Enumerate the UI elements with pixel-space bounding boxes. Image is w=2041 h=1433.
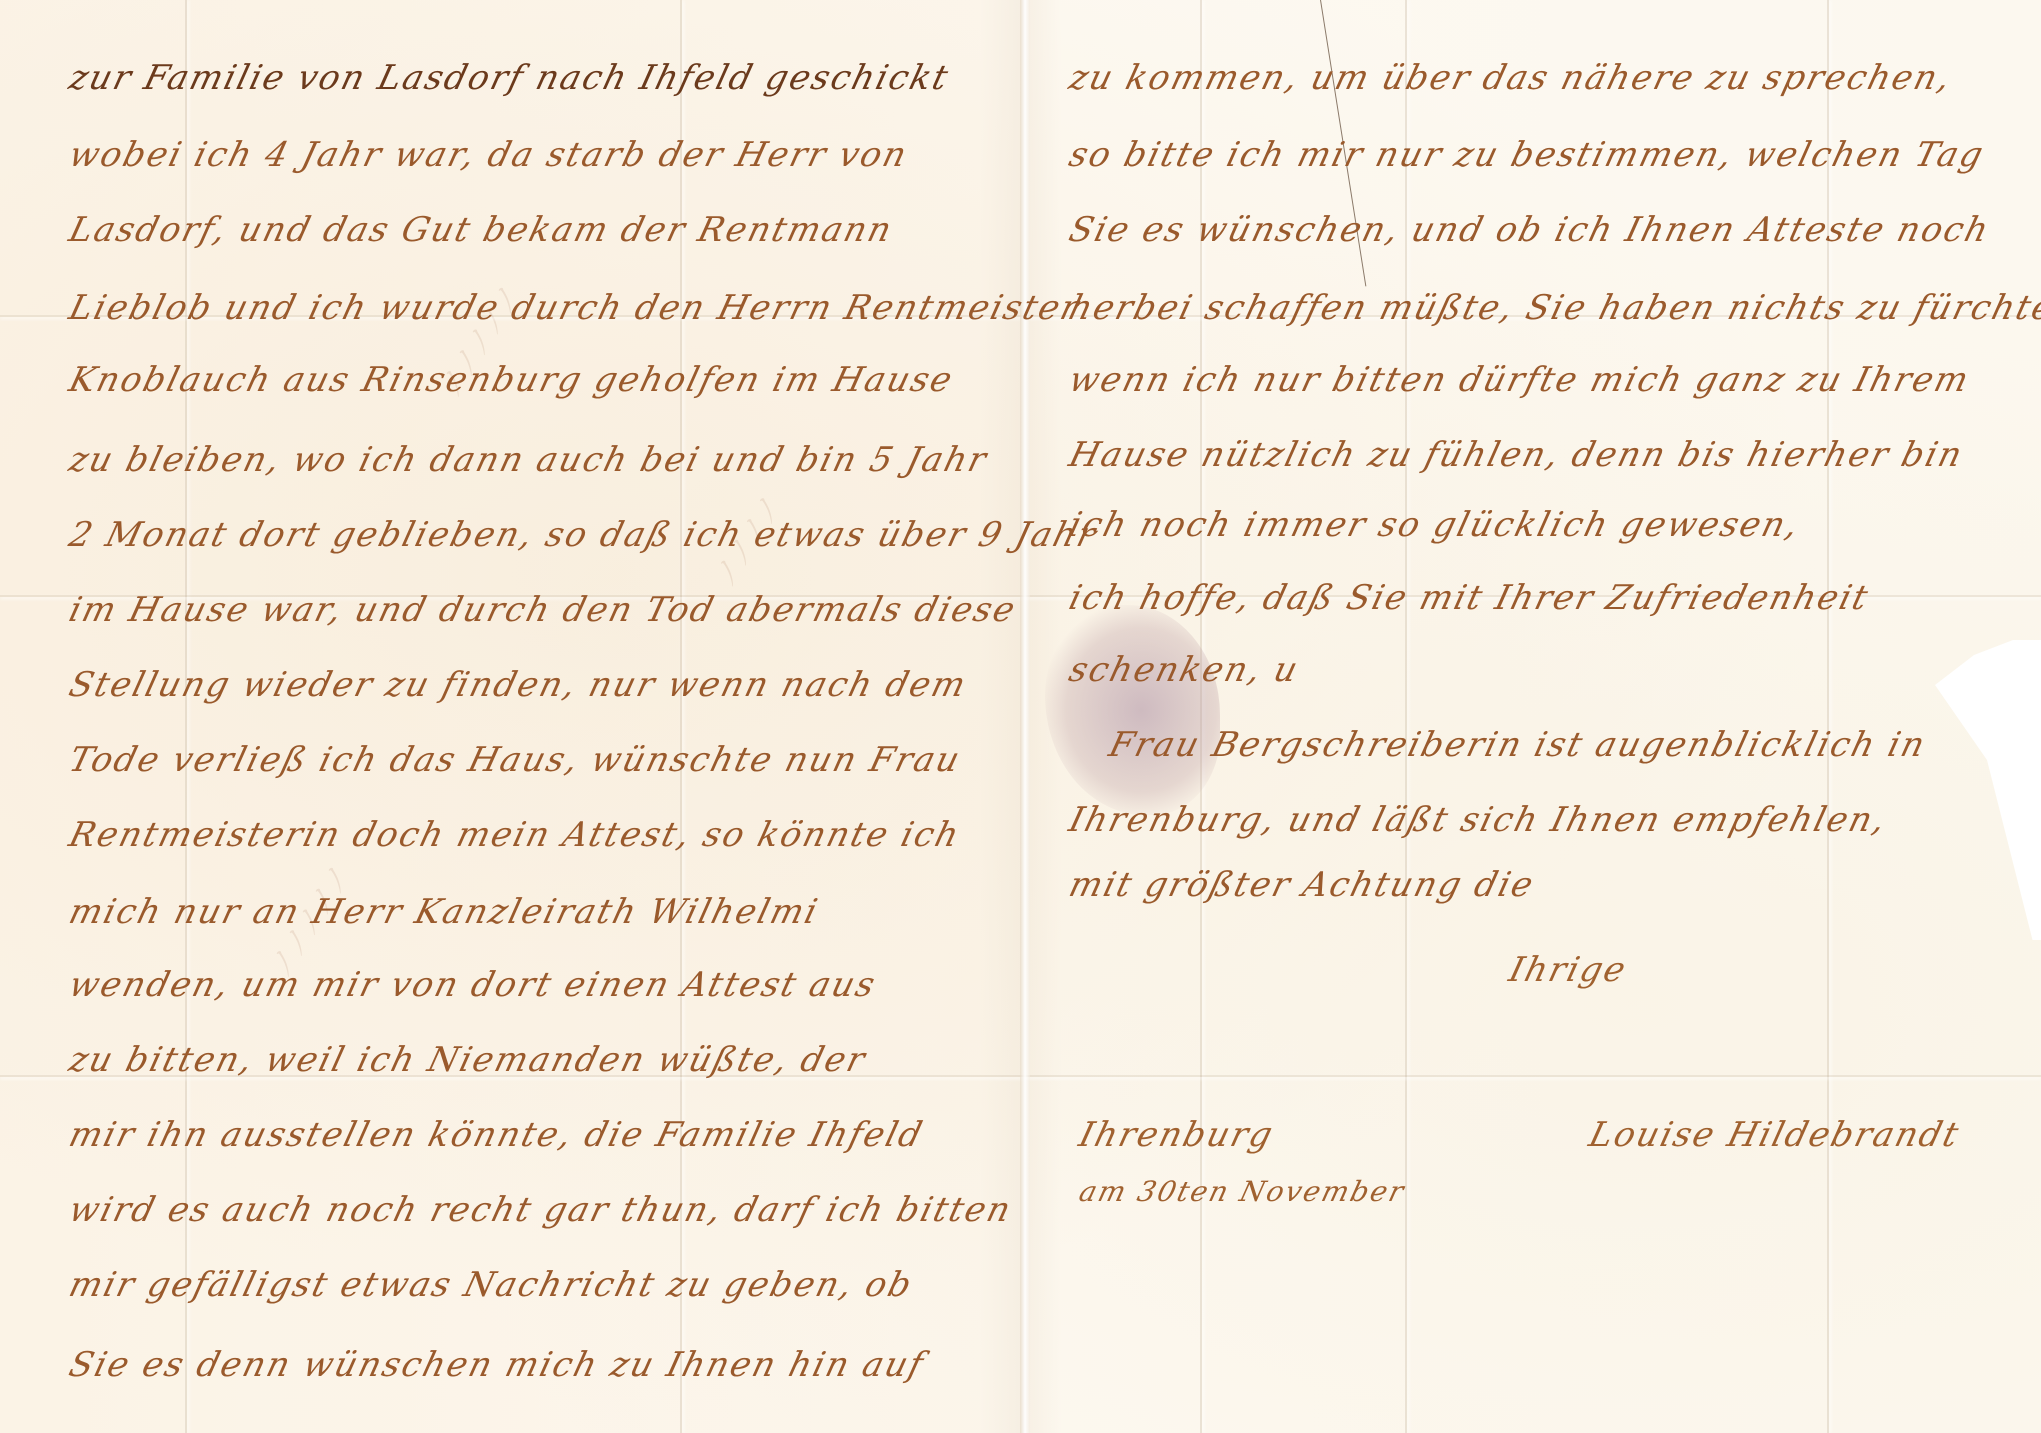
letter-line: mir ihn ausstellen könnte, die Familie I… — [65, 1115, 928, 1155]
letter-date: am 30ten November — [1076, 1175, 1409, 1208]
letter-line: Sie es denn wünschen mich zu Ihnen hin a… — [65, 1345, 929, 1385]
letter-line: wenn ich nur bitten dürfte mich ganz zu … — [1065, 360, 1974, 400]
letter-line: Lieblob und ich wurde durch den Herrn Re… — [65, 288, 1084, 328]
letter-place: Ihrenburg — [1075, 1115, 1278, 1155]
letter-line: so bitte ich mir nur zu bestimmen, welch… — [1065, 135, 1989, 175]
letter-line: Sie es wünschen, und ob ich Ihnen Attest… — [1065, 210, 1994, 250]
letter-line: Frau Bergschreiberin ist augenblicklich … — [1105, 725, 1930, 765]
letter-line: ich hoffe, daß Sie mit Ihrer Zufriedenhe… — [1065, 578, 1874, 618]
letter-line: zu bleiben, wo ich dann auch bei und bin… — [65, 440, 992, 480]
letter-line: wobei ich 4 Jahr war, da starb der Herr … — [65, 135, 912, 175]
letter-line: Tode verließ ich das Haus, wünschte nun … — [65, 740, 965, 780]
letter-line: im Hause war, und durch den Tod abermals… — [65, 590, 1021, 630]
torn-edge — [1935, 640, 2041, 940]
letter-line: zu kommen, um über das nähere zu spreche… — [1065, 58, 1956, 98]
letter-sheet: ﾉ ﾉ ﾉ ﾉ ﾉ ﾉ ﾉ ﾉ ﾉ ﾉ ﾉ ﾉ ﾉ ﾉ zur Familie … — [0, 0, 2041, 1433]
ink-stain — [1045, 605, 1220, 815]
letter-line: mir gefälligst etwas Nachricht zu geben,… — [65, 1265, 917, 1305]
page-divider-fold — [1020, 0, 1030, 1433]
signature: Louise Hildebrandt — [1585, 1115, 1964, 1155]
letter-line: Hause nützlich zu fühlen, denn bis hierh… — [1065, 435, 1968, 475]
letter-line: wenden, um mir von dort einen Attest aus — [65, 965, 881, 1005]
letter-line: schenken, u — [1065, 650, 1304, 690]
letter-line: Lasdorf, und das Gut bekam der Rentmann — [65, 210, 897, 250]
letter-line: 2 Monat dort geblieben, so daß ich etwas… — [65, 515, 1101, 555]
letter-line: mit größter Achtung die — [1065, 865, 1539, 905]
letter-line: Knoblauch aus Rinsenburg geholfen im Hau… — [65, 360, 958, 400]
letter-line: Rentmeisterin doch mein Attest, so könnt… — [65, 815, 965, 855]
letter-line: Stellung wieder zu finden, nur wenn nach… — [65, 665, 971, 705]
letter-line: Ihrenburg, und läßt sich Ihnen empfehlen… — [1065, 800, 1891, 840]
letter-line: mich nur an Herr Kanzleirath Wilhelmi — [65, 892, 823, 932]
letter-line: ich noch immer so glücklich gewesen, — [1065, 505, 1804, 545]
closing-word: Ihrige — [1505, 950, 1631, 990]
letter-line: wird es auch noch recht gar thun, darf i… — [65, 1190, 1016, 1230]
letter-line: zur Familie von Lasdorf nach Ihfeld gesc… — [65, 58, 954, 98]
letter-line: zu bitten, weil ich Niemanden wüßte, der — [65, 1040, 871, 1080]
letter-line: herbei schaffen müßte, Sie haben nichts … — [1065, 288, 2041, 328]
